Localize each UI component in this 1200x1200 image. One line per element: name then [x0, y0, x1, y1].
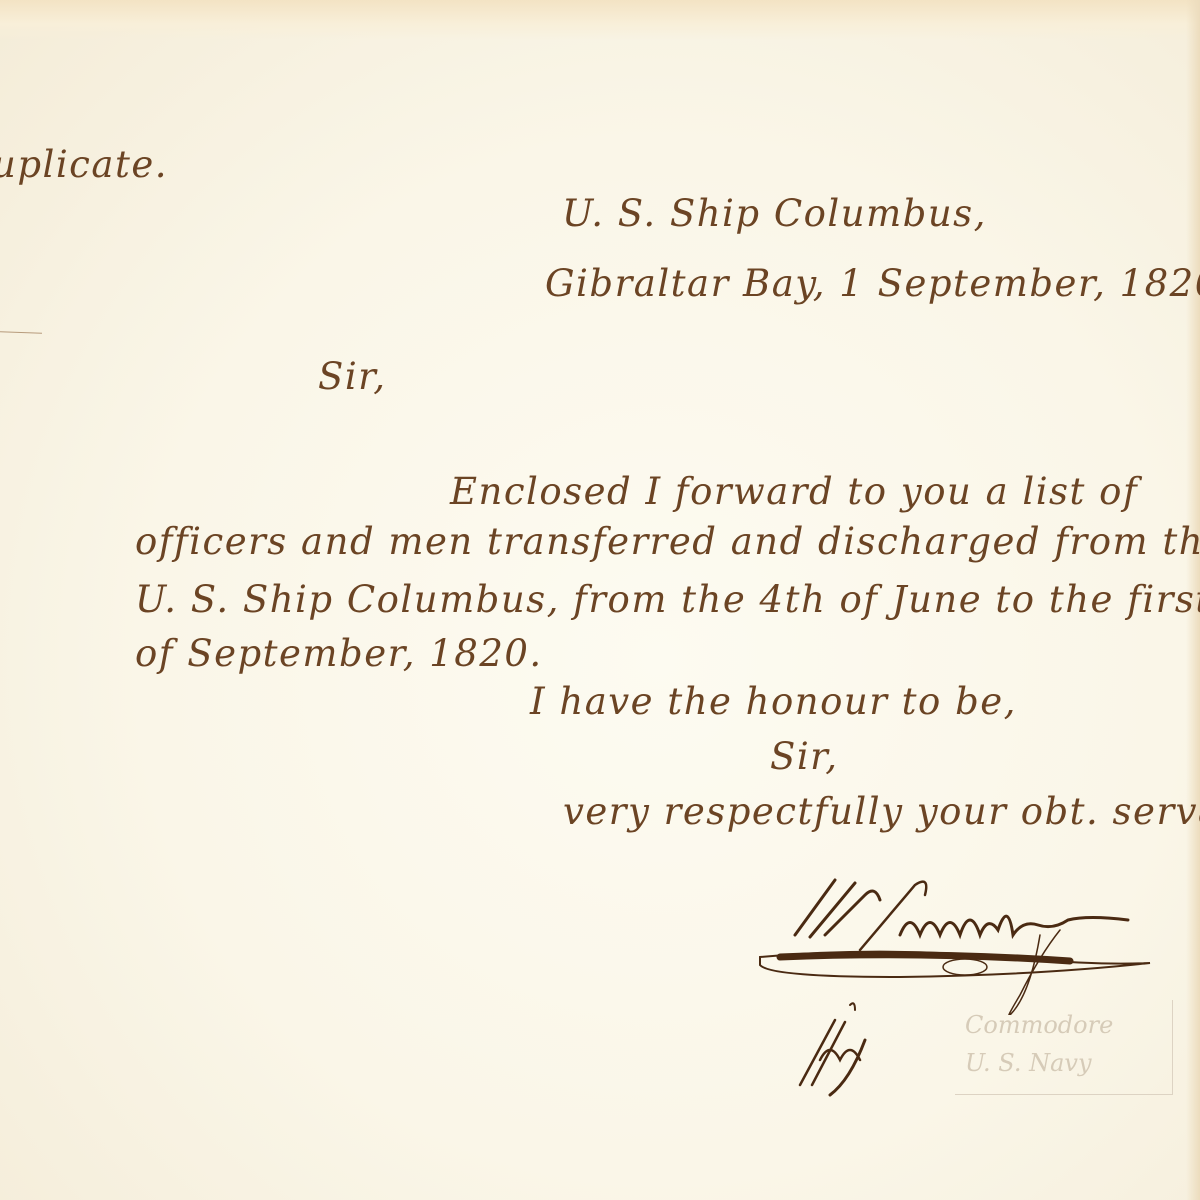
closing-line-1: I have the honour to be,	[530, 680, 1017, 723]
closing-line-2: Sir,	[770, 735, 839, 778]
paper-top-edge	[0, 0, 1200, 40]
body-line-4: of September, 1820.	[135, 632, 543, 675]
signature-rank-mark	[790, 990, 900, 1100]
duplicate-note: uplicate.	[0, 143, 168, 186]
heading-place-date: Gibraltar Bay, 1 September, 1820.	[545, 262, 1200, 305]
body-line-3: U. S. Ship Columbus, from the 4th of Jun…	[135, 578, 1200, 621]
closing-line-3: very respectfully your obt. servant	[563, 790, 1200, 833]
body-line-2: officers and men transferred and dischar…	[135, 520, 1200, 563]
letter-page: uplicate. U. S. Ship Columbus, Gibraltar…	[0, 0, 1200, 1200]
pencil-annotation-line-2: U. S. Navy	[965, 1044, 1172, 1082]
pencil-annotation: Commodore U. S. Navy	[955, 1000, 1173, 1095]
salutation: Sir,	[318, 355, 387, 398]
heading-ship: U. S. Ship Columbus,	[562, 192, 987, 235]
fold-mark	[0, 331, 42, 333]
pencil-annotation-line-1: Commodore	[965, 1006, 1172, 1044]
body-line-1: Enclosed I forward to you a list of	[450, 470, 1138, 513]
